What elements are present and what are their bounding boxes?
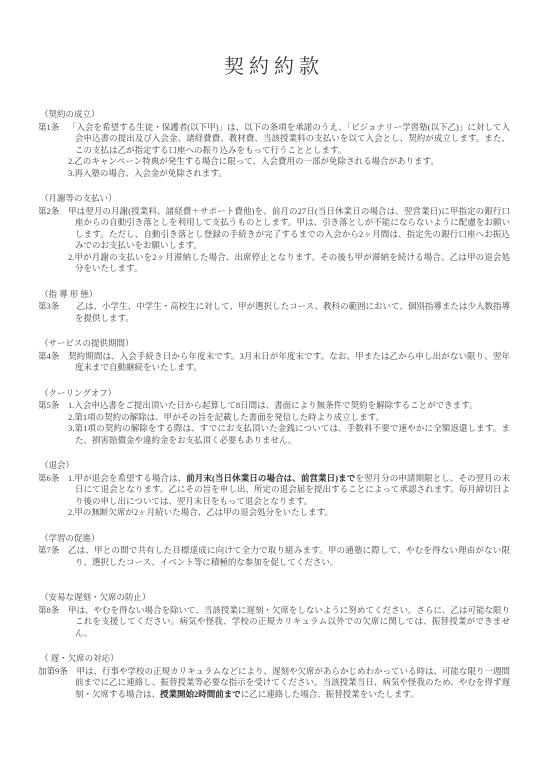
article-body: 契約期間は、入会手続き日から年度末です。3月末日が年度末です。なお、甲または乙か… — [68, 351, 510, 374]
article-number: 第4条 — [38, 351, 68, 363]
paragraph: 2.乙のキャンペーン特典が発生する場合に限って、入会費用の一部が免除される場合が… — [68, 156, 510, 168]
section-heading: （安易な遅刻・欠席の防止） — [38, 592, 510, 604]
article-body: 甲は翌月の月謝(授業料、諸経費＋サポート費他)を、前月の27日(当日休業日の場合… — [68, 206, 510, 275]
text-run: 1.入会申込書をご提出頂いた日から起算して8日間は、書面により無条件で契約を解除… — [68, 400, 477, 410]
section-heading: （学習の促進） — [38, 533, 510, 545]
contract-section: （ 遅・欠席の対応） 加第9条 甲は、行事や学校の正規カリキュラムなどにより、遅… — [38, 653, 510, 700]
text-run: 2.甲の無断欠席が2ヶ月続いた場合、乙は甲の退会処分をいたします。 — [68, 507, 333, 517]
paragraph: 3.再入塾の場合、入会金が免除されます。 — [68, 168, 510, 180]
article-body: 甲は、やむを得ない場合を除いて、当該授業に遅刻・欠席をしないように努めてください… — [68, 605, 510, 640]
text-run: 「入会を希望する生徒・保護者(以下甲)」は、以下の条項を承諾のうえ、「ビジョナリ… — [68, 122, 510, 155]
paragraph: 「入会を希望する生徒・保護者(以下甲)」は、以下の条項を承諾のうえ、「ビジョナリ… — [68, 122, 510, 157]
emphasized-text-run: 授業開始2時間前まで — [160, 689, 241, 699]
text-run: 2.乙のキャンペーン特典が発生する場合に限って、入会費用の一部が免除される場合が… — [68, 156, 439, 166]
article: 第8条 甲は、やむを得ない場合を除いて、当該授業に遅刻・欠席をしないように努めて… — [38, 605, 510, 640]
emphasized-text-run: 前月末(当日休業日の場合は、前営業日)まで — [186, 473, 355, 483]
article: 加第9条 甲は、行事や学校の正規カリキュラムなどにより、遅刻や欠席があらかじめわ… — [38, 666, 510, 701]
article-body: 乙は、甲との間で共有した目標達成に向けて全力で取り組みます。甲の通塾に際して、や… — [68, 545, 510, 568]
section-heading: （退会） — [38, 460, 510, 472]
paragraph: 1.甲が退会を希望する場合は、前月末(当日休業日の場合は、前営業日)までを翌月分… — [68, 473, 510, 508]
article: 第5条 1.入会申込書をご提出頂いた日から起算して8日間は、書面により無条件で契… — [38, 400, 510, 446]
article-body: 「入会を希望する生徒・保護者(以下甲)」は、以下の条項を承諾のうえ、「ビジョナリ… — [68, 122, 510, 180]
article-number: 第2条 — [38, 206, 68, 218]
contract-section: （学習の促進） 第7条 乙は、甲との間で共有した目標達成に向けて全力で取り組みま… — [38, 533, 510, 569]
article-number: 第1条 — [38, 122, 68, 134]
text-run: 契約期間は、入会手続き日から年度末です。3月末日が年度末です。なお、甲または乙か… — [68, 351, 510, 373]
section-heading: （サービスの提供期間） — [38, 338, 510, 350]
article-number: 第8条 — [38, 605, 68, 617]
paragraph: 2.第1項の契約の解除は、甲がその旨を記載した書面を発信した時より成立します。 — [68, 412, 510, 424]
text-run: に乙に連絡した場合、振替授業をいたします。 — [241, 689, 419, 699]
contract-section: （クーリングオフ） 第5条 1.入会申込書をご提出頂いた日から起算して8日間は、… — [38, 388, 510, 447]
text-run: 2.第1項の契約の解除は、甲がその旨を記載した書面を発信した時より成立します。 — [68, 412, 384, 422]
text-run: 甲は、やむを得ない場合を除いて、当該授業に遅刻・欠席をしないように努めてください… — [68, 605, 510, 638]
contract-section: （契約の成立） 第1条 「入会を希望する生徒・保護者(以下甲)」は、以下の条項を… — [38, 109, 510, 179]
paragraph: 1.入会申込書をご提出頂いた日から起算して8日間は、書面により無条件で契約を解除… — [68, 400, 510, 412]
paragraph: 契約期間は、入会手続き日から年度末です。3月末日が年度末です。なお、甲または乙か… — [68, 351, 510, 374]
article-number: 加第9条 — [38, 666, 68, 678]
section-heading: （クーリングオフ） — [38, 388, 510, 400]
text-run: 乙は、小学生、中学生・高校生に対して、甲が選択したコース、教科の範囲において、個… — [68, 301, 510, 323]
text-run: 3.第1項の契約の解除をする際は、すでにお支払頂いた金銭については、手数料不要で… — [68, 423, 510, 445]
section-heading: （指 導 形 態） — [38, 289, 510, 301]
contract-section: （月謝等の支払い） 第2条 甲は翌月の月謝(授業料、諸経費＋サポート費他)を、前… — [38, 193, 510, 275]
text-run: 甲は翌月の月謝(授業料、諸経費＋サポート費他)を、前月の27日(当日休業日の場合… — [68, 206, 510, 251]
paragraph: 甲は、行事や学校の正規カリキュラムなどにより、遅刻や欠席があらかじめわかっている… — [68, 666, 510, 701]
section-heading: （契約の成立） — [38, 109, 510, 121]
page-title: 契約約款 — [38, 50, 510, 79]
paragraph: 甲は翌月の月謝(授業料、諸経費＋サポート費他)を、前月の27日(当日休業日の場合… — [68, 206, 510, 252]
article: 第3条 乙は、小学生、中学生・高校生に対して、甲が選択したコース、教科の範囲にお… — [38, 301, 510, 324]
text-run: 3.再入塾の場合、入会金が免除されます。 — [68, 168, 227, 178]
article-number: 第6条 — [38, 473, 68, 485]
contract-section: （安易な遅刻・欠席の防止） 第8条 甲は、やむを得ない場合を除いて、当該授業に遅… — [38, 592, 510, 639]
paragraph: 乙は、甲との間で共有した目標達成に向けて全力で取り組みます。甲の通塾に際して、や… — [68, 545, 510, 568]
paragraph: 甲は、やむを得ない場合を除いて、当該授業に遅刻・欠席をしないように努めてください… — [68, 605, 510, 640]
text-run: 2.甲が月謝の支払いを2ヶ月滞納した場合、出席停止となります。その後も甲が滞納を… — [68, 252, 510, 274]
contract-section: （退会） 第6条 1.甲が退会を希望する場合は、前月末(当日休業日の場合は、前営… — [38, 460, 510, 519]
article-body: 1.入会申込書をご提出頂いた日から起算して8日間は、書面により無条件で契約を解除… — [68, 400, 510, 446]
article: 第1条 「入会を希望する生徒・保護者(以下甲)」は、以下の条項を承諾のうえ、「ビ… — [38, 122, 510, 180]
paragraph: 2.甲の無断欠席が2ヶ月続いた場合、乙は甲の退会処分をいたします。 — [68, 507, 510, 519]
paragraph: 3.第1項の契約の解除をする際は、すでにお支払頂いた金銭については、手数料不要で… — [68, 423, 510, 446]
article-body: 甲は、行事や学校の正規カリキュラムなどにより、遅刻や欠席があらかじめわかっている… — [68, 666, 510, 701]
document-page: 契約約款 （契約の成立） 第1条 「入会を希望する生徒・保護者(以下甲)」は、以… — [0, 0, 543, 768]
article: 第2条 甲は翌月の月謝(授業料、諸経費＋サポート費他)を、前月の27日(当日休業… — [38, 206, 510, 275]
section-heading: （月謝等の支払い） — [38, 193, 510, 205]
text-run: 1.甲が退会を希望する場合は、 — [68, 473, 186, 483]
article-body: 乙は、小学生、中学生・高校生に対して、甲が選択したコース、教科の範囲において、個… — [68, 301, 510, 324]
section-heading: （ 遅・欠席の対応） — [38, 653, 510, 665]
article: 第4条 契約期間は、入会手続き日から年度末です。3月末日が年度末です。なお、甲ま… — [38, 351, 510, 374]
article-number: 第7条 — [38, 545, 68, 557]
article: 第7条 乙は、甲との間で共有した目標達成に向けて全力で取り組みます。甲の通塾に際… — [38, 545, 510, 568]
article-number: 第3条 — [38, 301, 68, 313]
contract-section: （サービスの提供期間） 第4条 契約期間は、入会手続き日から年度末です。3月末日… — [38, 338, 510, 374]
article: 第6条 1.甲が退会を希望する場合は、前月末(当日休業日の場合は、前営業日)まで… — [38, 473, 510, 519]
sections-container: （契約の成立） 第1条 「入会を希望する生徒・保護者(以下甲)」は、以下の条項を… — [38, 109, 510, 700]
article-body: 1.甲が退会を希望する場合は、前月末(当日休業日の場合は、前営業日)までを翌月分… — [68, 473, 510, 519]
contract-section: （指 導 形 態） 第3条 乙は、小学生、中学生・高校生に対して、甲が選択したコ… — [38, 289, 510, 325]
paragraph: 2.甲が月謝の支払いを2ヶ月滞納した場合、出席停止となります。その後も甲が滞納を… — [68, 252, 510, 275]
paragraph: 乙は、小学生、中学生・高校生に対して、甲が選択したコース、教科の範囲において、個… — [68, 301, 510, 324]
article-number: 第5条 — [38, 400, 68, 412]
text-run: 乙は、甲との間で共有した目標達成に向けて全力で取り組みます。甲の通塾に際して、や… — [68, 545, 510, 567]
